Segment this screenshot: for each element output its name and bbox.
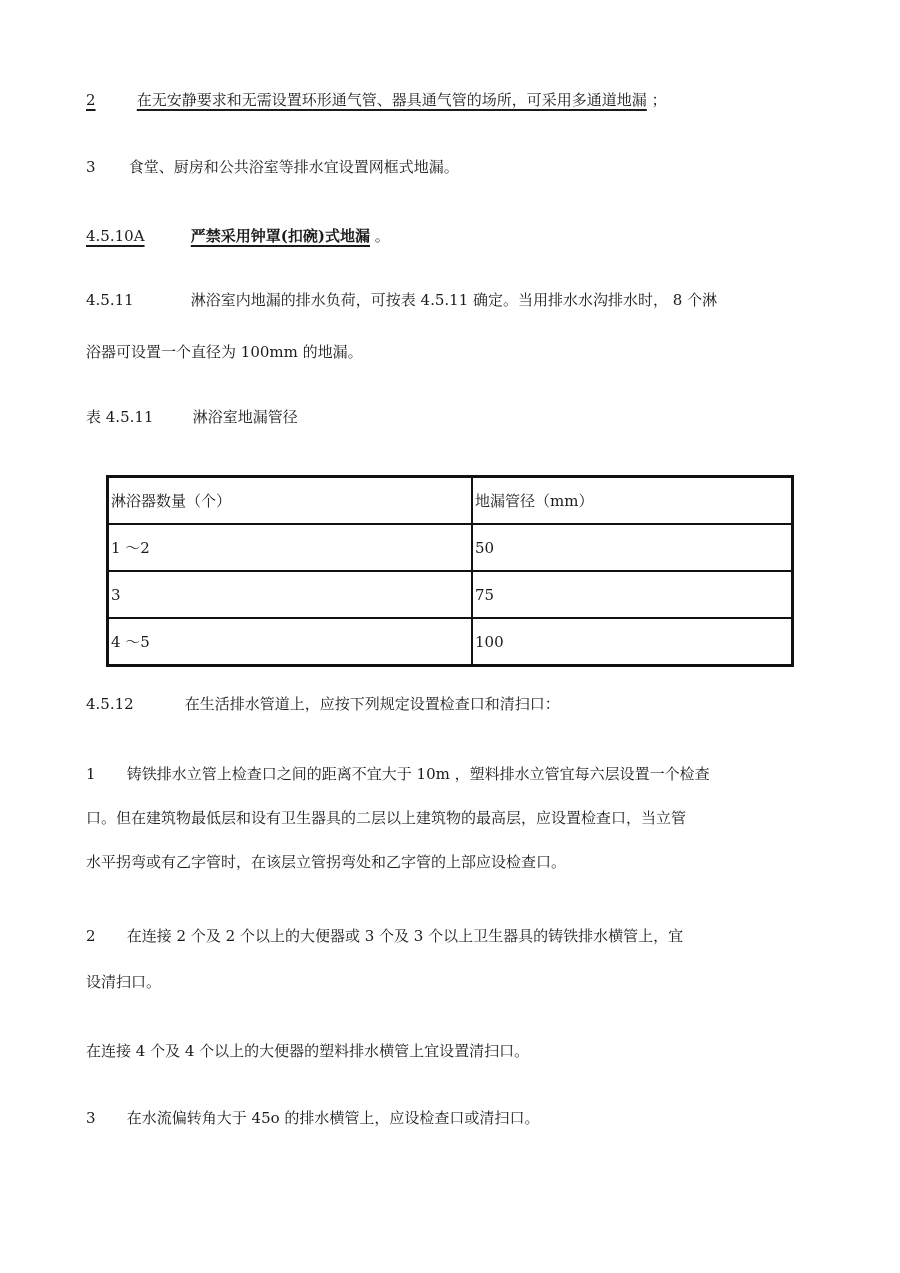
table-cell: 1 ～2 [108, 524, 473, 571]
clause-text: 在连接 4 个及 4 个以上的大便器的塑料排水横管上宜设置清扫口。 [86, 1042, 529, 1060]
clause-text: 严禁采用钟罩(扣碗)式地漏 [191, 227, 370, 245]
clause-4-5-11: 4.5.11 淋浴室内地漏的排水负荷，可按表 4.5.11 确定。当用排水水沟排… [86, 290, 717, 310]
clause-4-5-12-item-1-continued-2: 水平拐弯或有乙字管时，在该层立管拐弯处和乙字管的上部应设检查口。 [86, 852, 566, 872]
table-cell: 50 [472, 524, 793, 571]
clause-text: 浴器可设置一个直径为 100mm 的地漏。 [86, 343, 363, 361]
table-row: 1 ～2 50 [108, 524, 793, 571]
item-number: 3 [86, 157, 124, 177]
table-row: 3 75 [108, 571, 793, 618]
item-number: 2 [86, 926, 122, 946]
clause-number: 4.5.11 [86, 290, 186, 310]
clause-4-5-12-item-2-continued: 设清扫口。 [86, 972, 161, 992]
clause-4-5-12-item-2-note: 在连接 4 个及 4 个以上的大便器的塑料排水横管上宜设置清扫口。 [86, 1041, 529, 1061]
clause-punct: 。 [375, 227, 390, 245]
clause-4-5-12-item-1-continued: 口。但在建筑物最低层和设有卫生器具的二层以上建筑物的最高层，应设置检查口，当立管 [86, 808, 686, 828]
clause-text: 在无安静要求和无需设置环形通气管、器具通气管的场所，可采用多通道地漏 [137, 91, 647, 109]
clause-4-5-12: 4.5.12 在生活排水管道上，应按下列规定设置检查口和清扫口： [86, 694, 560, 714]
table-caption: 表 4.5.11 淋浴室地漏管径 [86, 407, 298, 427]
clause-text: 在连接 2 个及 2 个以上的大便器或 3 个及 3 个以上卫生器具的铸铁排水横… [127, 927, 683, 945]
clause-text: 口。但在建筑物最低层和设有卫生器具的二层以上建筑物的最高层，应设置检查口，当立管 [86, 809, 686, 827]
clause-4-5-11-continued: 浴器可设置一个直径为 100mm 的地漏。 [86, 342, 363, 362]
item-number: 1 [86, 764, 122, 784]
table-cell: 3 [108, 571, 473, 618]
table-number: 表 4.5.11 [86, 407, 188, 427]
clause-text: 水平拐弯或有乙字管时，在该层立管拐弯处和乙字管的上部应设检查口。 [86, 853, 566, 871]
clause-text: 在生活排水管道上，应按下列规定设置检查口和清扫口： [185, 695, 560, 713]
clause-4-5-10-item-3: 3 食堂、厨房和公共浴室等排水宜设置网框式地漏。 [86, 157, 459, 177]
table-row: 4 ～5 100 [108, 618, 793, 666]
clause-text: 在水流偏转角大于 45o 的排水横管上，应设检查口或清扫口。 [127, 1109, 540, 1127]
clause-4-5-12-item-1: 1 铸铁排水立管上检查口之间的距离不宜大于 10m ，塑料排水立管宜每六层设置一… [86, 764, 710, 784]
table-header-row: 淋浴器数量（个） 地漏管径（mm） [108, 477, 793, 525]
clause-text: 铸铁排水立管上检查口之间的距离不宜大于 10m ，塑料排水立管宜每六层设置一个检… [127, 765, 710, 783]
clause-4-5-12-item-3: 3 在水流偏转角大于 45o 的排水横管上，应设检查口或清扫口。 [86, 1108, 539, 1128]
clause-4-5-10a: 4.5.10A 严禁采用钟罩(扣碗)式地漏 。 [86, 226, 390, 246]
header-cell: 淋浴器数量（个） [108, 477, 473, 525]
table-title: 淋浴室地漏管径 [193, 408, 298, 426]
shower-drain-table: 淋浴器数量（个） 地漏管径（mm） 1 ～2 50 3 75 4 ～5 100 [106, 475, 794, 667]
item-number: 3 [86, 1108, 122, 1128]
clause-text: 食堂、厨房和公共浴室等排水宜设置网框式地漏。 [129, 158, 459, 176]
item-number: 2 [86, 90, 132, 110]
clause-text: 淋浴室内地漏的排水负荷，可按表 4.5.11 确定。当用排水水沟排水时， 8 个… [191, 291, 717, 309]
clause-4-5-12-item-2: 2 在连接 2 个及 2 个以上的大便器或 3 个及 3 个以上卫生器具的铸铁排… [86, 926, 683, 946]
clause-number: 4.5.10A [86, 226, 160, 246]
clause-number: 4.5.12 [86, 694, 180, 714]
header-cell: 地漏管径（mm） [472, 477, 793, 525]
clause-4-5-10-item-2: 2 在无安静要求和无需设置环形通气管、器具通气管的场所，可采用多通道地漏 ； [86, 90, 667, 110]
table-cell: 75 [472, 571, 793, 618]
clause-punct: ； [652, 91, 667, 109]
clause-text: 设清扫口。 [86, 973, 161, 991]
table-cell: 4 ～5 [108, 618, 473, 666]
table-cell: 100 [472, 618, 793, 666]
